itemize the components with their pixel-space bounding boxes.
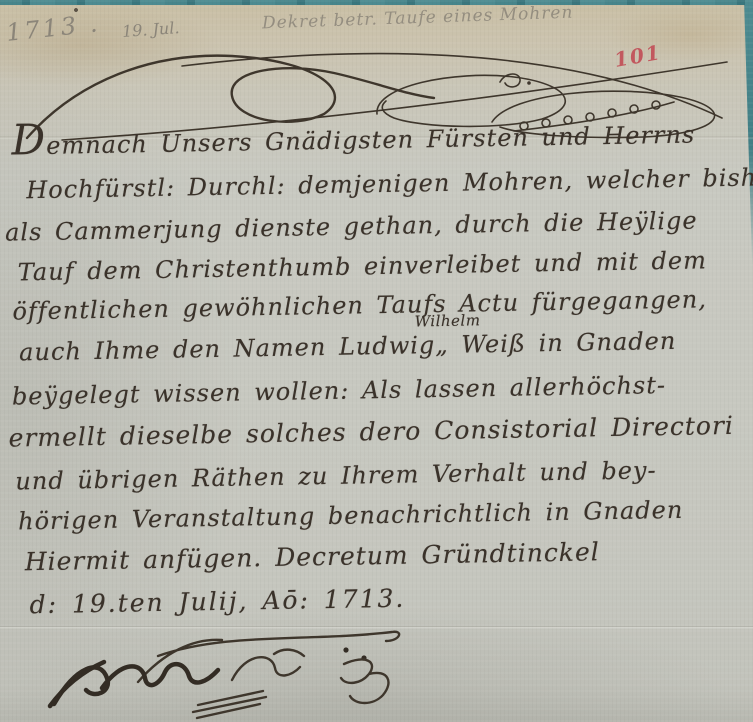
manuscript-line: Hiermit anfügen. Decretum Gründtinckel [25,537,600,576]
manuscript-line: auch Ihme den Namen Ludwig„ Weiß in Gnad… [19,327,677,366]
manuscript-line: ermellt dieselbe solches dero Consistori… [8,411,734,453]
signature-paraph [341,659,388,703]
manuscript-line: Hochfürstl: Durchl: demjenigen Mohren, w… [26,163,753,205]
signature-name-scrawl-2 [232,650,304,680]
signature-flourish [46,610,466,722]
signature-triple-underline [193,691,266,718]
signature-dot [343,647,348,652]
signature-name-scrawl [54,664,218,704]
signature-crossbar [138,632,399,682]
manuscript-line: als Cammerjung dienste gethan, durch die… [5,206,698,246]
manuscript-line: Demnach Unsers Gnädigsten Fürsten und He… [11,119,695,161]
manuscript-line: und übrigen Räthen zu Ihrem Verhalt und … [15,456,657,495]
manuscript-line: hörigen Veranstaltung benachrichtlich in… [18,496,684,536]
manuscript-line: öffentlichen gewöhnlichen Taufs Actu für… [12,285,707,325]
manuscript-line: Tauf dem Christenthumb einverleibet und … [18,246,708,286]
insertion-word-wilhelm: Wilhelm [415,311,481,330]
scanned-manuscript-page: 1713 . 19. Jul. Dekret betr. Taufe eines… [0,0,753,722]
manuscript-line: beÿgelegt wissen wollen: Als lassen alle… [12,371,667,410]
